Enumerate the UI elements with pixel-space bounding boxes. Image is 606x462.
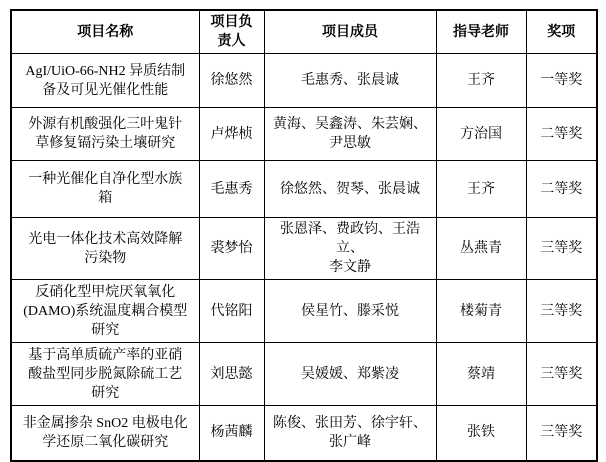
col-header-leader: 项目负 责人 [199,10,264,54]
table-row: 基于高单质硫产率的亚硝 酸盐型同步脱氮除硫工艺 研究刘思懿吴媛媛、郑紫凌蔡靖三等… [11,343,597,406]
cell-leader: 卢烨桢 [199,108,264,161]
project-award-table: 项目名称项目负 责人项目成员指导老师奖项 AgI/UiO-66-NH2 异质结制… [10,9,598,462]
cell-advisor: 蔡靖 [436,343,526,406]
cell-award: 三等奖 [526,280,597,343]
cell-name: 基于高单质硫产率的亚硝 酸盐型同步脱氮除硫工艺 研究 [11,343,199,406]
header-row: 项目名称项目负 责人项目成员指导老师奖项 [11,10,597,54]
cell-award: 三等奖 [526,343,597,406]
cell-advisor: 王齐 [436,54,526,108]
table-row: 外源有机酸强化三叶鬼针 草修复镉污染土壤研究卢烨桢黄海、吴鑫涛、朱芸娴、 尹思敏… [11,108,597,161]
cell-members: 吴媛媛、郑紫凌 [264,343,436,406]
cell-name: AgI/UiO-66-NH2 异质结制 备及可见光催化性能 [11,54,199,108]
cell-name: 非金属掺杂 SnO2 电极电化 学还原二氧化碳研究 [11,406,199,461]
cell-award: 三等奖 [526,218,597,280]
cell-name: 一种光催化自净化型水族 箱 [11,161,199,218]
table-body: AgI/UiO-66-NH2 异质结制 备及可见光催化性能徐悠然毛惠秀、张晨诚王… [11,54,597,461]
cell-name: 光电一体化技术高效降解 污染物 [11,218,199,280]
cell-members: 侯星竹、滕采悦 [264,280,436,343]
cell-members: 毛惠秀、张晨诚 [264,54,436,108]
cell-leader: 刘思懿 [199,343,264,406]
cell-leader: 毛惠秀 [199,161,264,218]
cell-leader: 徐悠然 [199,54,264,108]
cell-members: 张恩泽、费政钧、王浩立、 李文静 [264,218,436,280]
table-header: 项目名称项目负 责人项目成员指导老师奖项 [11,10,597,54]
table-row: 一种光催化自净化型水族 箱毛惠秀徐悠然、贺琴、张晨诚王齐二等奖 [11,161,597,218]
cell-award: 二等奖 [526,161,597,218]
col-header-advisor: 指导老师 [436,10,526,54]
col-header-members: 项目成员 [264,10,436,54]
cell-leader: 代铭阳 [199,280,264,343]
cell-award: 三等奖 [526,406,597,461]
cell-members: 陈俊、张田芳、徐宇轩、 张广峰 [264,406,436,461]
table-row: AgI/UiO-66-NH2 异质结制 备及可见光催化性能徐悠然毛惠秀、张晨诚王… [11,54,597,108]
cell-award: 一等奖 [526,54,597,108]
cell-name: 外源有机酸强化三叶鬼针 草修复镉污染土壤研究 [11,108,199,161]
cell-advisor: 丛燕青 [436,218,526,280]
cell-leader: 裘梦怡 [199,218,264,280]
cell-advisor: 王齐 [436,161,526,218]
cell-advisor: 方治国 [436,108,526,161]
cell-name: 反硝化型甲烷厌氧氧化 (DAMO)系统温度耦合模型 研究 [11,280,199,343]
cell-award: 二等奖 [526,108,597,161]
cell-advisor: 张铁 [436,406,526,461]
cell-members: 徐悠然、贺琴、张晨诚 [264,161,436,218]
cell-advisor: 楼菊青 [436,280,526,343]
table-row: 非金属掺杂 SnO2 电极电化 学还原二氧化碳研究杨茜麟陈俊、张田芳、徐宇轩、 … [11,406,597,461]
col-header-name: 项目名称 [11,10,199,54]
cell-members: 黄海、吴鑫涛、朱芸娴、 尹思敏 [264,108,436,161]
table-row: 反硝化型甲烷厌氧氧化 (DAMO)系统温度耦合模型 研究代铭阳侯星竹、滕采悦楼菊… [11,280,597,343]
table-row: 光电一体化技术高效降解 污染物裘梦怡张恩泽、费政钧、王浩立、 李文静丛燕青三等奖 [11,218,597,280]
cell-leader: 杨茜麟 [199,406,264,461]
col-header-award: 奖项 [526,10,597,54]
